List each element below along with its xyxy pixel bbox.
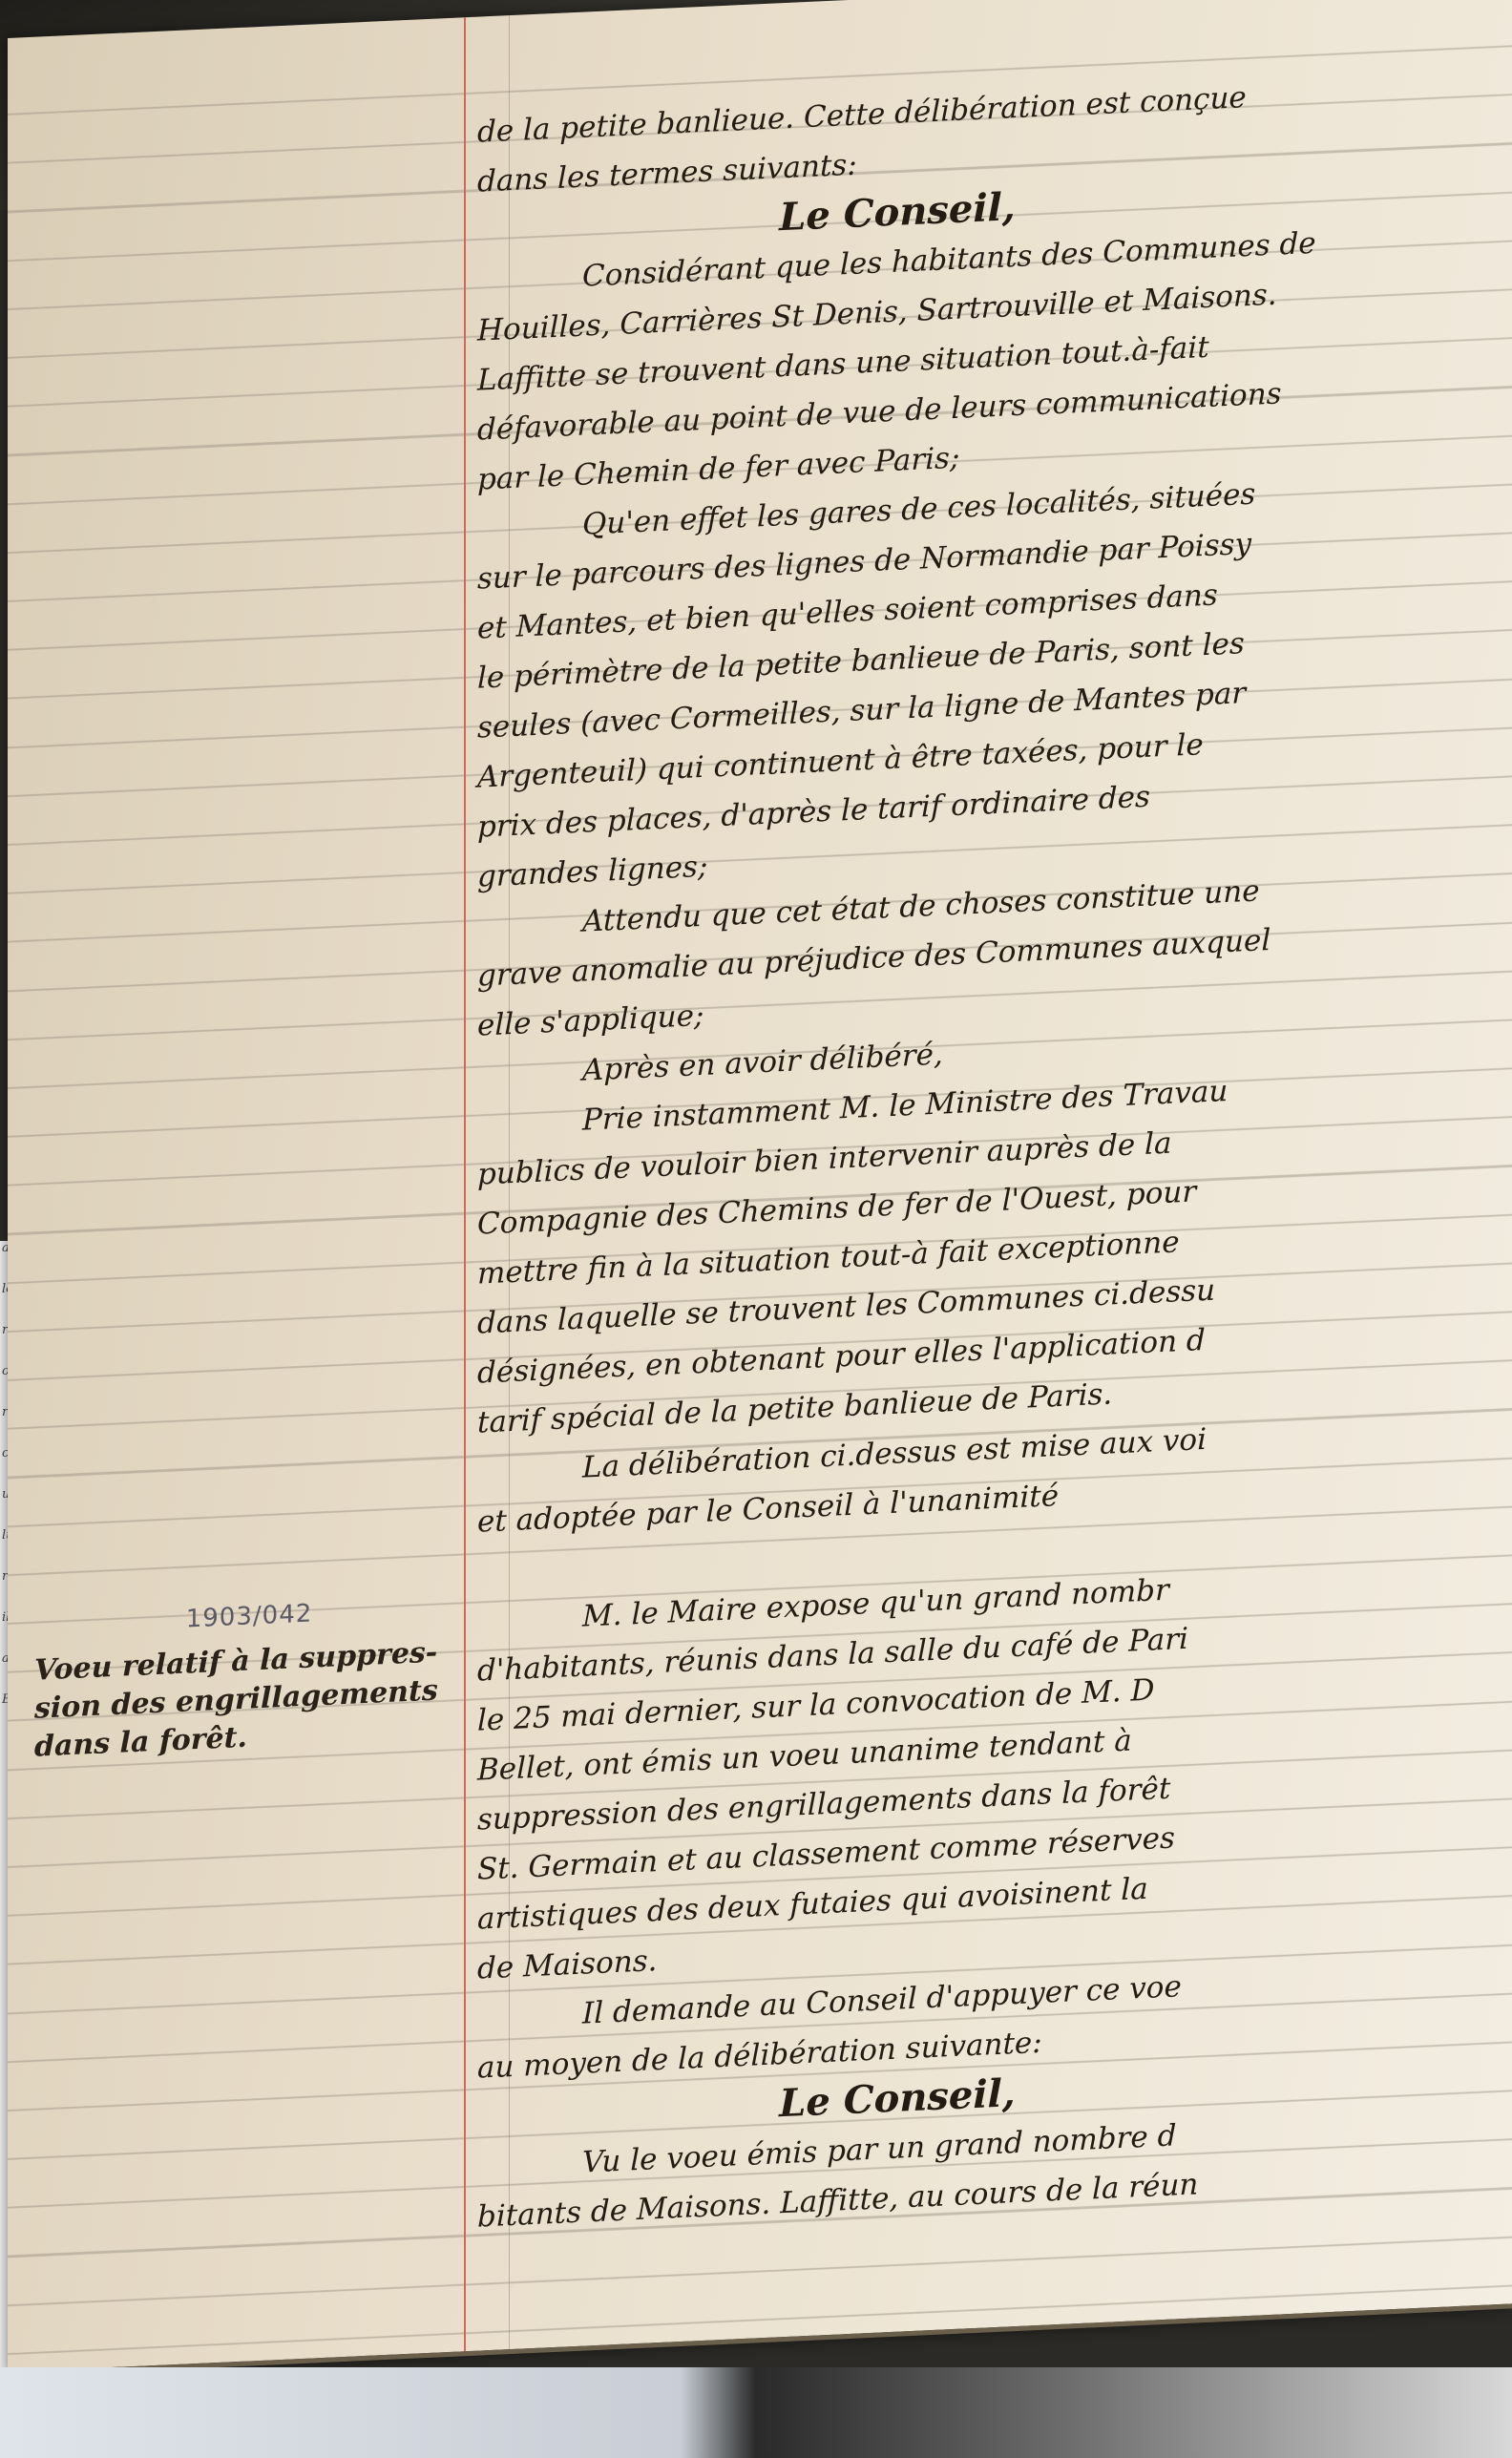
red-margin-rule bbox=[464, 17, 466, 2351]
margin-title: Voeu relatif à la suppres- sion des engr… bbox=[34, 1632, 464, 1766]
margin-note: 1903/042 Voeu relatif à la suppres- sion… bbox=[34, 1592, 464, 1766]
background-desk-below bbox=[0, 2367, 1512, 2458]
register-page: 1903/042 Voeu relatif à la suppres- sion… bbox=[8, 0, 1512, 2377]
deliberation-body: de la petite banlieue. Cette délibératio… bbox=[477, 61, 1508, 2242]
